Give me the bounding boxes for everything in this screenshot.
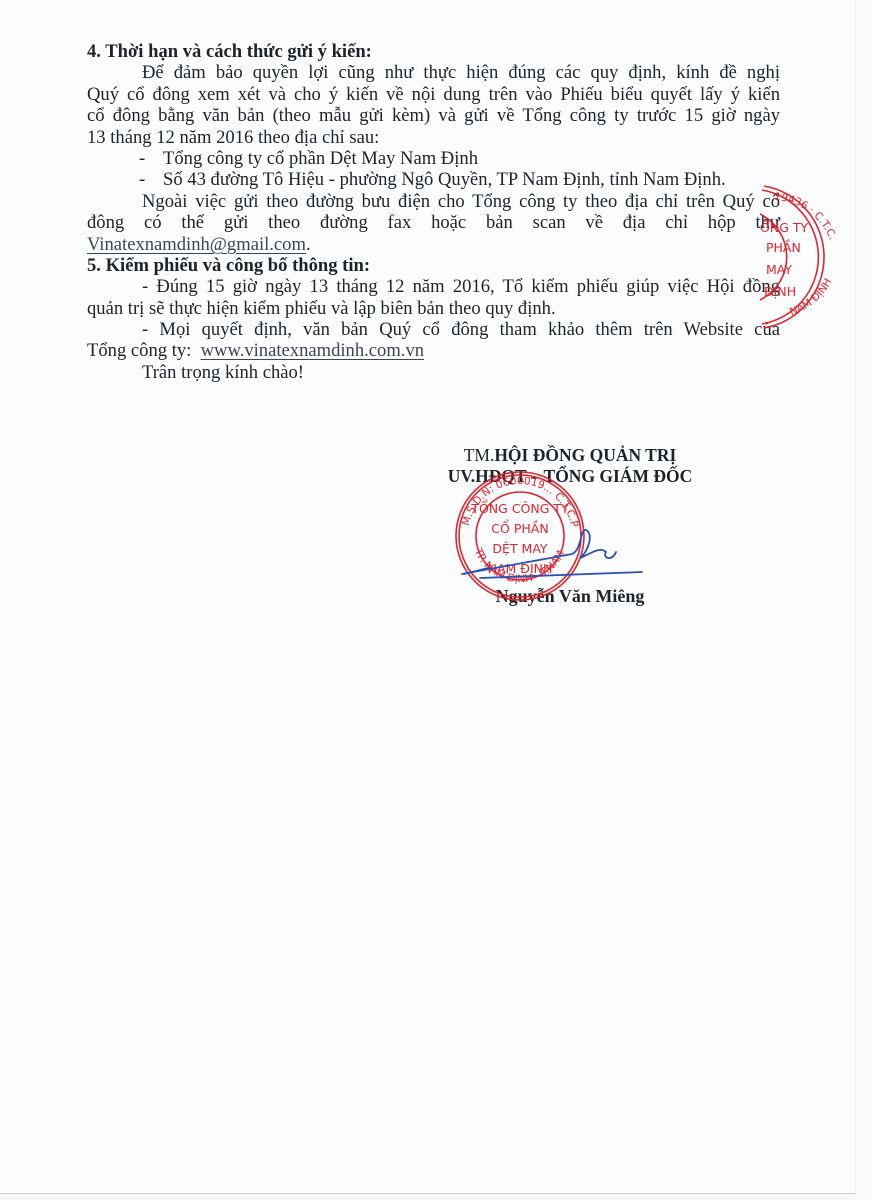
- bullet-dash: -: [139, 148, 163, 169]
- website-prefix: Tổng công ty:: [87, 340, 191, 361]
- board-title: HỘI ĐỒNG QUẢN TRỊ: [494, 445, 676, 465]
- section-4-paragraph-line: cổ đông bằng văn bản (theo mẫu gửi kèm) …: [87, 105, 780, 126]
- signature-prefix: TM.: [464, 445, 495, 465]
- svg-text:TỔNG CÔNG TY: TỔNG CÔNG TY: [470, 500, 569, 516]
- svg-text:DỆT MAY: DỆT MAY: [492, 541, 547, 556]
- email-period: .: [306, 234, 311, 255]
- svg-text:NAM ĐỊNH: NAM ĐỊNH: [788, 276, 834, 318]
- document-body: 4. Thời hạn và cách thức gửi ý kiến: Để …: [87, 41, 780, 383]
- director-title: UV.HĐQT – TỔNG GIÁM ĐỐC: [448, 466, 693, 486]
- website-line: Tổng công ty: www.vinatexnamdinh.com.vn: [87, 340, 780, 361]
- section-4-heading: 4. Thời hạn và cách thức gửi ý kiến:: [87, 41, 780, 62]
- signature-block: TM.HỘI ĐỒNG QUẢN TRỊ UV.HĐQT – TỔNG GIÁM…: [420, 445, 720, 487]
- section-5-heading: 5. Kiểm phiếu và công bố thông tin:: [87, 255, 780, 276]
- section-5-item-line: - Đúng 15 giờ ngày 13 tháng 12 năm 2016,…: [87, 276, 780, 297]
- section-4-paragraph-line: 13 tháng 12 năm 2016 theo địa chỉ sau:: [87, 127, 780, 148]
- section-4-paragraph-line: Ngoài việc gửi theo đường bưu điện cho T…: [87, 191, 780, 212]
- svg-text:CỔ PHẦN: CỔ PHẦN: [491, 520, 548, 536]
- scan-page-edge: [855, 0, 872, 1200]
- website-link[interactable]: www.vinatexnamdinh.com.vn: [201, 340, 424, 361]
- svg-text:NAM ĐỊNH: NAM ĐỊNH: [488, 561, 553, 576]
- closing-greeting: Trân trọng kính chào!: [87, 362, 780, 383]
- section-5-item-line: quản trị sẽ thực hiện kiểm phiếu và lập …: [87, 298, 780, 319]
- signature-title-1: TM.HỘI ĐỒNG QUẢN TRỊ: [420, 445, 720, 466]
- email-link[interactable]: Vinatexnamdinh@gmail.com: [87, 234, 306, 255]
- company-address: Số 43 đường Tô Hiệu - phường Ngô Quyền, …: [163, 169, 726, 190]
- email-line: Vinatexnamdinh@gmail.com.: [87, 234, 780, 255]
- section-4-paragraph-line: Để đảm bảo quyền lợi cũng như thực hiện …: [87, 62, 780, 83]
- section-4-paragraph-line: Quý cổ đông xem xét và cho ý kiến về nội…: [87, 84, 780, 105]
- section-4-paragraph-line: đông có thể gửi theo đường fax hoặc bản …: [87, 212, 780, 233]
- signature-title-2: UV.HĐQT – TỔNG GIÁM ĐỐC: [420, 466, 720, 487]
- company-name: Tổng công ty cổ phần Dệt May Nam Định: [163, 148, 478, 169]
- section-5-item-line: - Mọi quyết định, văn bản Quý cổ đông th…: [87, 319, 780, 340]
- bullet-dash: -: [139, 169, 163, 190]
- address-bullet: -Số 43 đường Tô Hiệu - phường Ngô Quyền,…: [87, 169, 780, 190]
- address-bullet: -Tổng công ty cổ phần Dệt May Nam Định: [87, 148, 780, 169]
- scan-bottom-edge: [0, 1193, 856, 1200]
- signer-name: Nguyễn Văn Miêng: [420, 586, 720, 607]
